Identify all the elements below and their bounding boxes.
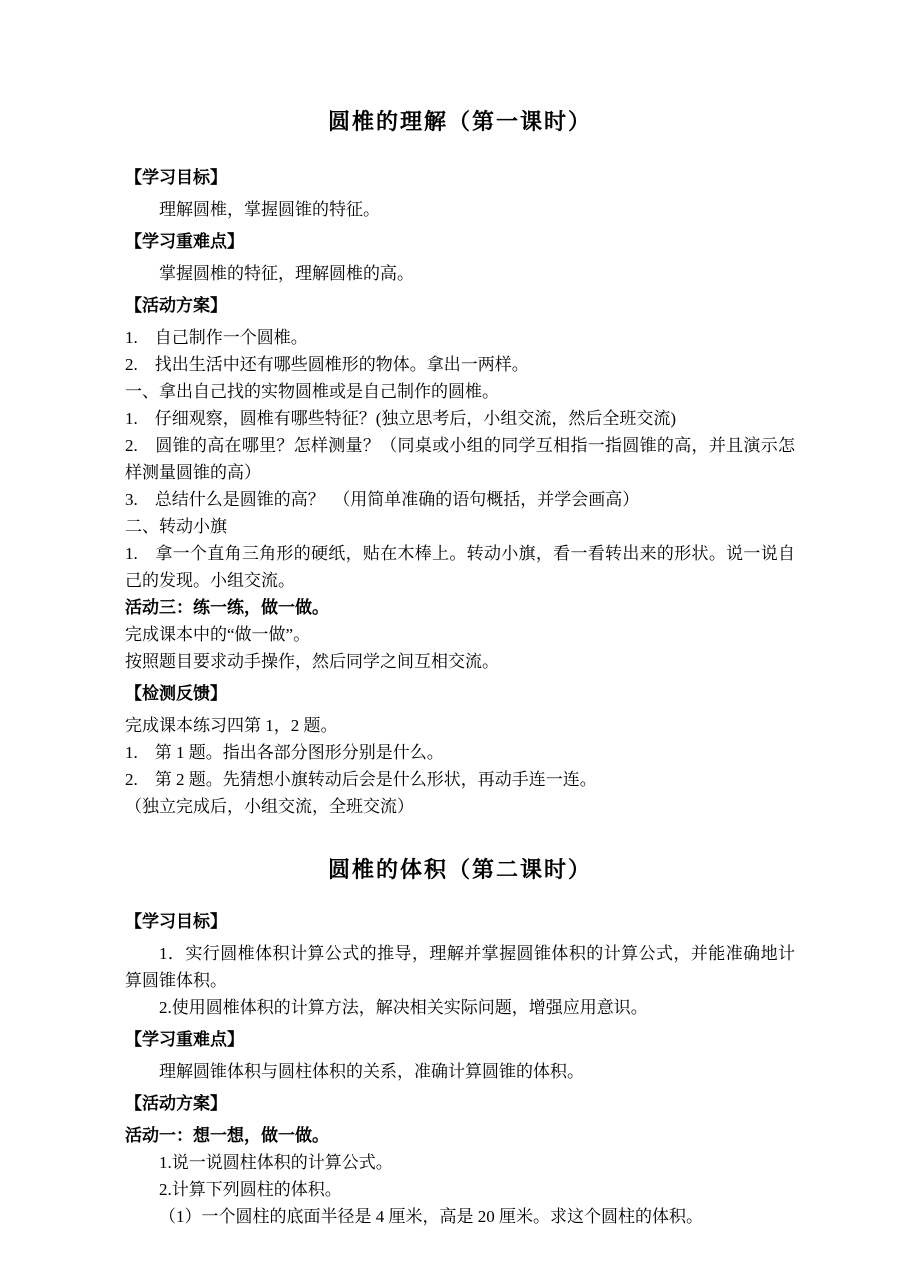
lesson2-key-points-body: 理解圆锥体积与圆柱体积的关系，准确计算圆锥的体积。 [125,1058,795,1085]
lesson1-feedback-item-1: 1. 第 1 题。指出各部分图形分别是什么。 [125,739,795,766]
lesson1-prep-item-1: 1. 自己制作一个圆椎。 [125,324,795,351]
lesson1-activity2-heading-line: 二、转动小旗 [125,513,795,540]
lesson1-prep-item-2: 2. 找出生活中还有哪些圆椎形的物体。拿出一两样。 [125,351,795,378]
lesson1-title: 圆椎的理解（第一课时） [125,106,795,138]
lesson1-activity1-heading-line: 一、拿出自己找的实物圆椎或是自己制作的圆椎。 [125,378,795,405]
lesson2-activity1-item-1: 1.说一说圆柱体积的计算公式。 [125,1149,795,1176]
lesson2-activity1-heading-line: 活动一：想一想，做一做。 [125,1122,795,1149]
lesson2-activity1-problem-1: （1）一个圆柱的底面半径是 4 厘米，高是 20 厘米。求这个圆柱的体积。 [125,1203,795,1230]
lesson1-feedback-item-2: 2. 第 2 题。先猜想小旗转动后会是什么形状，再动手连一连。 [125,766,795,793]
lesson1-feedback-heading: 【检测反馈】 [125,680,795,707]
lesson1-activity-plan-heading: 【活动方案】 [125,292,795,319]
lesson1-activity1-item-1: 1. 仔细观察，圆椎有哪些特征？(独立思考后，小组交流，然后全班交流) [125,405,795,432]
lesson1-activity1-item-2: 2. 圆锥的高在哪里？怎样测量？（同桌或小组的同学互相指一指圆锥的高，并且演示怎… [125,432,795,486]
lesson2-learning-goal-2: 2.使用圆椎体积的计算方法，解决相关实际问题，增强应用意识。 [125,994,795,1021]
lesson1-activity3-body-2: 按照题目要求动手操作，然后同学之间互相交流。 [125,648,795,675]
lesson2-title: 圆椎的体积（第二课时） [125,854,795,886]
lesson1-feedback-body: 完成课本练习四第 1，2 题。 [125,712,795,739]
lesson1-section: 圆椎的理解（第一课时） 【学习目标】 理解圆椎，掌握圆锥的特征。 【学习重难点】… [125,106,795,820]
lesson1-feedback-note: （独立完成后，小组交流，全班交流） [125,793,795,820]
lesson2-learning-goals-heading: 【学习目标】 [125,908,795,935]
lesson2-section: 圆椎的体积（第二课时） 【学习目标】 1．实行圆椎体积计算公式的推导，理解并掌握… [125,854,795,1230]
lesson1-activity3-body-1: 完成课本中的“做一做”。 [125,621,795,648]
lesson2-learning-goal-1: 1．实行圆椎体积计算公式的推导，理解并掌握圆锥体积的计算公式，并能准确地计算圆锥… [125,940,795,994]
lesson1-activity1-item-3: 3. 总结什么是圆锥的高？ （用简单准确的语句概括，并学会画高） [125,486,795,513]
lesson1-key-points-heading: 【学习重难点】 [125,228,795,255]
lesson2-activity-plan-heading: 【活动方案】 [125,1090,795,1117]
lesson1-key-points-body: 掌握圆椎的特征，理解圆椎的高。 [125,260,795,287]
document-page: 圆椎的理解（第一课时） 【学习目标】 理解圆椎，掌握圆锥的特征。 【学习重难点】… [0,0,920,1274]
lesson1-learning-goals-heading: 【学习目标】 [125,164,795,191]
lesson2-activity1-item-2: 2.计算下列圆柱的体积。 [125,1176,795,1203]
lesson1-learning-goals-body: 理解圆椎，掌握圆锥的特征。 [125,196,795,223]
lesson1-activity2-item-1: 1. 拿一个直角三角形的硬纸，贴在木棒上。转动小旗，看一看转出来的形状。说一说自… [125,540,795,594]
lesson2-key-points-heading: 【学习重难点】 [125,1026,795,1053]
lesson1-activity3-heading-line: 活动三：练一练，做一做。 [125,594,795,621]
